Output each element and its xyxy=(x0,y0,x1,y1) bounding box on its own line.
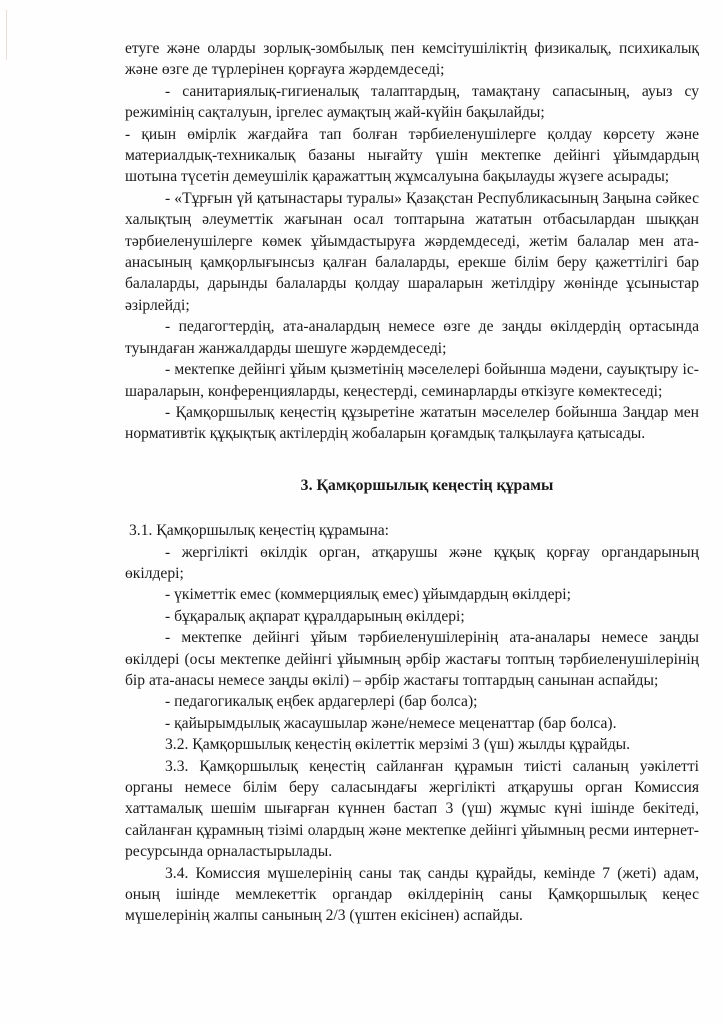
list-item-philanthropists: - қайырымдылық жасаушылар және/немесе ме… xyxy=(125,713,699,734)
clause-3-3: 3.3. Қамқоршылық кеңестің сайланған құра… xyxy=(125,756,699,863)
list-item-vulnerable-support: - «Тұрғын үй қатынастары туралы» Қазақст… xyxy=(125,188,699,316)
section-heading: 3. Қамқоршылық кеңестің құрамы xyxy=(125,475,699,496)
list-item-veterans: - педагогикалық еңбек ардагерлері (бар б… xyxy=(125,691,699,712)
list-item-conflict-resolution: - педагогтердің, ата-аналардың немесе өз… xyxy=(125,316,699,359)
list-item-ngo-representatives: - үкіметтік емес (коммерциялық емес) ұйы… xyxy=(125,584,699,605)
scan-edge-mark xyxy=(6,10,7,60)
list-item-sponsorship-control: - қиын өмірлік жағдайға тап болған тәрби… xyxy=(125,124,699,188)
document-page: етуге және оларды зорлық-зомбылық пен ке… xyxy=(0,0,724,1024)
clause-3-1-intro: 3.1. Қамқоршылық кеңестің құрамына: xyxy=(125,520,699,541)
list-item-sanitary-control: - санитариялық-гигиеналық талаптардың, т… xyxy=(125,81,699,124)
list-item-public-discussion: - Қамқоршылық кеңестің құзыретіне жататы… xyxy=(125,402,699,445)
clause-3-2: 3.2. Қамқоршылық кеңестің өкілеттік мерз… xyxy=(125,734,699,755)
list-item-media-representatives: - бұқаралық ақпарат құралдарының өкілдер… xyxy=(125,606,699,627)
list-item-events-assistance: - мектепке дейінгі ұйым қызметінің мәсел… xyxy=(125,359,699,402)
clause-3-4: 3.4. Комиссия мүшелерінің саны тақ санды… xyxy=(125,863,699,927)
list-item-local-authorities: - жергілікті өкілдік орган, атқарушы жән… xyxy=(125,542,699,585)
document-body: етуге және оларды зорлық-зомбылық пен ке… xyxy=(125,38,699,927)
paragraph-continuation-protection: етуге және оларды зорлық-зомбылық пен ке… xyxy=(125,38,699,81)
list-item-parents: - мектепке дейінгі ұйым тәрбиеленушілері… xyxy=(125,627,699,691)
